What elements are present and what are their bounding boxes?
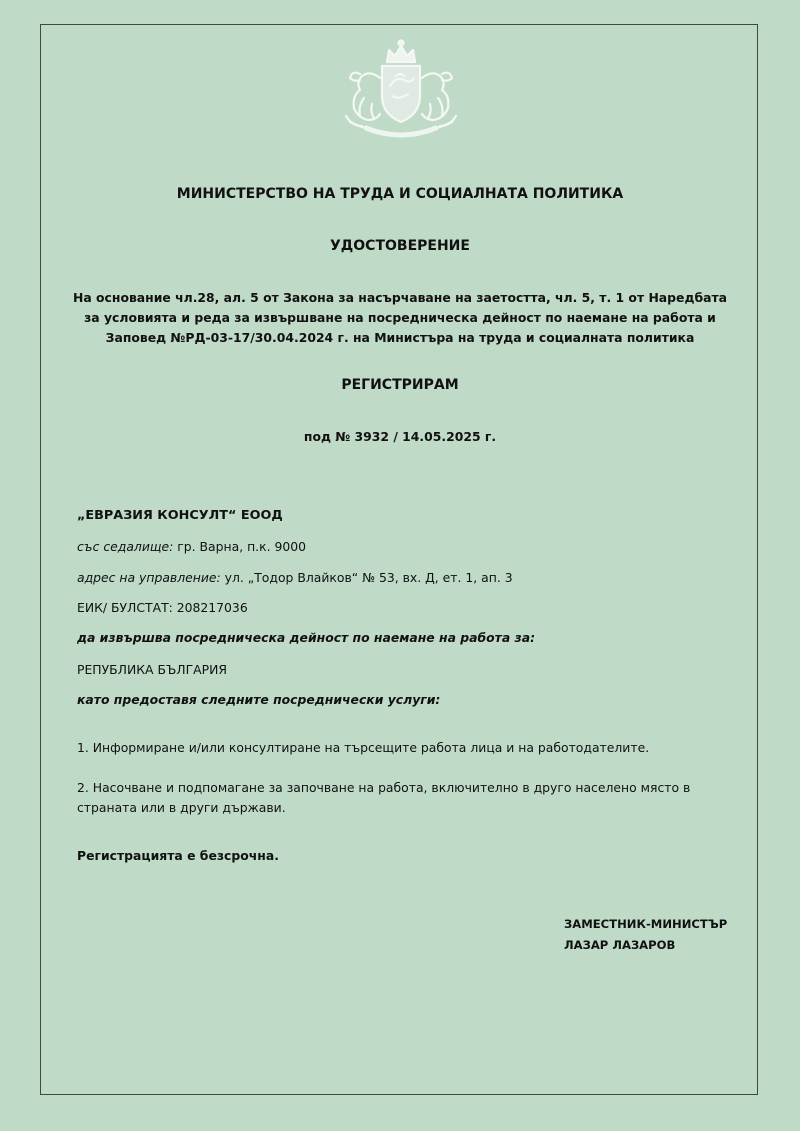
service-item: 1. Информиране и/или консултиране на тър… (77, 740, 649, 755)
country: РЕПУБЛИКА БЪЛГАРИЯ (77, 662, 227, 677)
company-name: „ЕВРАЗИЯ КОНСУЛТ“ ЕООД (77, 508, 283, 523)
registration-number: под № 3932 / 14.05.2025 г. (40, 429, 760, 444)
legal-basis: На основание чл.28, ал. 5 от Закона за н… (70, 288, 730, 348)
seat-label: със седалище: (77, 539, 173, 554)
company-address: адрес на управление: ул. „Тодор Влайков“… (77, 570, 513, 585)
seat-value: гр. Варна, п.к. 9000 (173, 539, 306, 554)
address-label: адрес на управление: (77, 570, 221, 585)
company-seat: със седалище: гр. Варна, п.к. 9000 (77, 539, 306, 554)
validity-statement: Регистрацията е безсрочна. (77, 848, 279, 863)
service-item: 2. Насочване и подпомагане за започване … (77, 778, 717, 818)
activity-label: да извършва посредническа дейност по нае… (77, 630, 535, 645)
signatory-title: ЗАМЕСТНИК-МИНИСТЪР (564, 917, 727, 931)
bulgaria-coat-of-arms-icon (340, 38, 462, 142)
action-heading: РЕГИСТРИРАМ (40, 377, 760, 393)
company-eik: ЕИК/ БУЛСТАТ: 208217036 (77, 600, 248, 615)
services-label: като предоставя следните посреднически у… (77, 692, 440, 707)
document-title: УДОСТОВЕРЕНИЕ (40, 238, 760, 254)
document-border (40, 24, 758, 1095)
signatory-name: ЛАЗАР ЛАЗАРОВ (564, 938, 675, 952)
ministry-name: МИНИСТЕРСТВО НА ТРУДА И СОЦИАЛНАТА ПОЛИТ… (40, 186, 760, 202)
address-value: ул. „Тодор Влайков“ № 53, вх. Д, ет. 1, … (221, 570, 513, 585)
